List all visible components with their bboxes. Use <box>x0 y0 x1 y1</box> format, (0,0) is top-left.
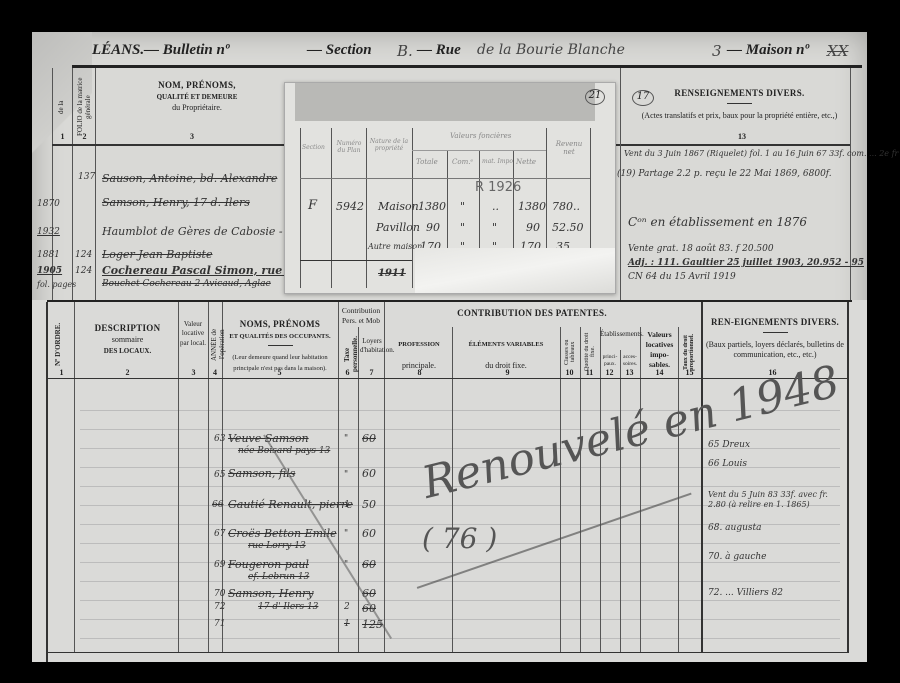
col-number: 13 <box>622 368 637 377</box>
bottom-rule <box>46 652 849 653</box>
col-line <box>208 302 209 652</box>
col1-header: de la <box>57 82 65 132</box>
remark-entry: 65 Dreux <box>708 440 750 450</box>
card-nature: Maison <box>378 200 419 213</box>
occupant-sub: ef. Lebrun 13 <box>248 572 309 582</box>
card-revenu: 780.. <box>552 200 580 213</box>
owner-year: 1881 <box>37 250 60 260</box>
owner-name: Haumblot de Gères de Cabosie - Mat <box>102 225 308 238</box>
occupant-year: 71 <box>214 619 225 629</box>
col-number: 1 <box>55 132 70 141</box>
header-totale: Totale <box>416 158 438 166</box>
remark-entry: Vente grat. 18 août 83. f 20.500 <box>628 244 774 254</box>
header-line: PROFESSION <box>398 341 440 348</box>
owner-name: Sauson, Antoine, bd. Alexandre <box>102 172 277 185</box>
col-number: 9 <box>500 368 515 377</box>
col-number: 6 <box>340 368 355 377</box>
remark-entry: Cᵒⁿ en établissement en 1876 <box>628 215 807 229</box>
row-line <box>300 178 590 179</box>
col2-header: FOLIO de la matrice générale <box>76 77 92 137</box>
header-line: REN-EIGNEMENTS DIVERS. <box>711 317 839 327</box>
occupant-name: Fougeron paul <box>228 558 309 571</box>
col-line <box>331 128 332 288</box>
col-line <box>620 350 621 652</box>
header-valeurs-imposables: Valeurs locatives impo-sables. <box>642 330 677 371</box>
owner-year: 1870 <box>37 199 60 209</box>
col-number: 2 <box>77 132 92 141</box>
col-line <box>74 302 75 652</box>
header-quotite: Quotité du droit fixe. <box>584 332 596 372</box>
header-line: NOM, PRÉNOMS, <box>158 80 236 90</box>
owner-folio: 124 <box>75 266 92 276</box>
card-circle-number: 21 <box>585 89 605 105</box>
occupant-name: Croës Betton Emile <box>228 527 337 540</box>
col-line <box>560 327 561 652</box>
bulletin-header: LÉANS. — Bulletin nº — Section B. — Rue … <box>32 40 867 64</box>
col-number: 1 <box>54 368 69 377</box>
col-number: 13 <box>732 132 752 141</box>
occupant-taxe: " <box>344 529 348 539</box>
header-line: sommaire <box>112 335 144 344</box>
card-mat: " <box>492 221 497 234</box>
row-line <box>412 150 546 151</box>
occupant-taxe: " <box>344 470 348 480</box>
header-occupants: NOMS, PRÉNOMS ET QUALITÉS DES OCCUPANTS.… <box>224 318 336 374</box>
occupant-loyer: 50 <box>362 498 376 511</box>
occupant-taxe: 2 <box>344 602 350 612</box>
rue-number: 3 <box>712 42 722 60</box>
header-loyers: Loyers d'habitation. <box>360 337 384 356</box>
occupant-year: 72 <box>214 602 225 612</box>
remark-entry: 72. ... Villiers 82 <box>708 588 783 598</box>
section-label: — Section <box>307 42 372 59</box>
col-line <box>600 327 601 652</box>
header-line: NOMS, PRÉNOMS <box>240 319 320 329</box>
col-line <box>580 327 581 652</box>
header-accessoires: acces-soires. <box>620 354 640 369</box>
card-nette: 1380 <box>518 200 546 213</box>
row-line <box>300 260 412 261</box>
remark-entry: 66 Louis <box>708 459 747 469</box>
header-rule <box>72 65 862 68</box>
col-line <box>46 302 48 662</box>
remark-entry: (19) Partage 2.2 p. reçu le 22 Mai 1869,… <box>617 169 832 179</box>
header-valeur-locative: Valeur locative par local. <box>179 320 207 348</box>
col-line <box>358 327 359 652</box>
header-line: CONTRIBUTION DES PATENTES. <box>457 308 607 318</box>
owner-folio: 137 <box>78 172 95 182</box>
header-line: (Baux partiels, loyers déclarés, bulleti… <box>706 340 844 360</box>
col-number: 10 <box>562 368 577 377</box>
occupant-taxe: " <box>344 434 348 444</box>
occupant-year: 65 <box>214 470 225 480</box>
header-order-number: Nº D'ORDRE. <box>54 317 62 372</box>
occupant-year: 67 <box>214 529 225 539</box>
occupant-year: 70 <box>214 589 225 599</box>
occupant-sub: rue Lorry 13 <box>248 541 306 551</box>
pasted-valuation-card: 21 Section Numéro du Plan Nature de la p… <box>284 82 616 294</box>
date-stamp: R 1926 <box>475 180 521 195</box>
owner-name: Samson, Henry, 17 d. Ilers <box>102 196 250 209</box>
occupant-loyer: 60 <box>362 558 376 571</box>
remark-entry: Adj. : 111. Gaultier 25 juillet 1903, 20… <box>628 258 864 268</box>
col-line <box>338 302 339 652</box>
header-mat: mat. Impo <box>482 158 513 165</box>
card-com: " <box>460 221 465 234</box>
header-principaux: princi-paux. <box>600 354 620 369</box>
occupant-name: Gautié Renault, pierre <box>228 498 353 511</box>
col-number: 12 <box>602 368 617 377</box>
card-nature: Pavillon <box>376 221 420 234</box>
header-classes: Classes ou tableaux <box>564 332 576 372</box>
remark-entry: Vent du 5 Juin 83 33f. avec fr. 2.80 (à … <box>708 490 838 509</box>
col-line <box>384 302 385 652</box>
col-number: 8 <box>412 368 427 377</box>
header-renseignements: REN-EIGNEMENTS DIVERS. (Baux partiels, l… <box>704 316 846 361</box>
occupant-taxe: 1 <box>344 500 350 510</box>
header-elements: ÉLÉMENTS VARIABLES du droit fixe. <box>454 339 558 371</box>
tape-strip <box>295 83 595 121</box>
renseignements-header: RENSEIGNEMENTS DIVERS. (Actes translatif… <box>632 87 847 121</box>
card-revenu: 52.50 <box>552 221 584 234</box>
col-number: 3 <box>182 132 202 141</box>
occupant-name: Samson, Henry <box>228 587 314 600</box>
owner-name-header: NOM, PRÉNOMS, QUALITÉ ET DEMEURE du Prop… <box>112 79 282 113</box>
occupant-loyer: 60 <box>362 432 376 445</box>
col-line <box>178 302 179 652</box>
header-nature: Nature de la propriété <box>368 138 410 152</box>
col-number: 3 <box>186 368 201 377</box>
col-number: 14 <box>652 368 667 377</box>
owner-year: fol. pages <box>37 280 76 289</box>
header-contribution-group: Contribution Pers. et Mob <box>338 306 384 326</box>
rue-label: — Rue <box>417 42 461 59</box>
header-title: RENSEIGNEMENTS DIVERS. <box>674 88 804 98</box>
header-line: ÉLÉMENTS VARIABLES <box>469 341 544 348</box>
header-line: du Propriétaire. <box>172 103 222 112</box>
owner-name: Loger Jean Baptiste <box>102 248 213 261</box>
header-com: Com.ᵉ <box>452 158 473 166</box>
header-line: QUALITÉ ET DEMEURE <box>157 93 238 101</box>
remark-entry: CN 64 du 15 Avril 1919 <box>628 272 736 282</box>
col-number: 2 <box>120 368 135 377</box>
card-com: " <box>460 200 465 213</box>
header-line: ET QUALITÉS DES OCCUPANTS. <box>229 333 330 340</box>
card-plan: 5942 <box>336 200 364 213</box>
col-number: 7 <box>364 368 379 377</box>
card-nette: 90 <box>526 221 540 234</box>
maison-value: XX <box>827 42 848 60</box>
col-line <box>95 68 96 300</box>
col-number: 4 <box>208 368 222 377</box>
census-bulletin-page: LÉANS. — Bulletin nº — Section B. — Rue … <box>32 32 867 662</box>
card-mat: .. <box>492 200 499 213</box>
header-patentes: CONTRIBUTION DES PATENTES. <box>432 307 632 320</box>
occupant-sub: née Boisard pays 13 <box>238 446 330 456</box>
owner-year: 1905 <box>37 266 62 276</box>
header-nette: Nette <box>516 158 536 166</box>
col-line <box>366 128 367 288</box>
col-number: 5 <box>272 368 287 377</box>
occupant-loyer: 60 <box>362 527 376 540</box>
section-rule <box>47 300 852 302</box>
owner-year: 1932 <box>37 227 60 237</box>
occupant-year: 63 <box>214 434 225 444</box>
city-fragment: LÉANS. <box>92 42 144 59</box>
owner-name: Bouchet Cochereau 2 Avicaud, Aglae <box>102 279 271 289</box>
header-plan: Numéro du Plan <box>334 140 364 154</box>
col-line <box>300 128 301 288</box>
header-section: Section <box>302 144 325 151</box>
header-description: DESCRIPTION sommaire DES LOCAUX. <box>80 322 175 356</box>
card-fold <box>415 248 615 293</box>
header-valeurs: Valeurs foncières <box>450 132 511 140</box>
rue-value: de la Bourie Blanche <box>477 42 625 58</box>
col-number: 11 <box>582 368 597 377</box>
col-line <box>640 327 641 652</box>
header-revenu: Revenu net <box>550 140 588 156</box>
header-line: DES LOCAUX. <box>104 347 151 355</box>
col-line <box>678 327 679 652</box>
col-line <box>847 302 849 652</box>
card-footer-year: 1911 <box>378 268 406 279</box>
header-bottom-rule <box>46 378 849 379</box>
header-subtitle: (Actes translatifs et prix, baux pour la… <box>642 111 838 120</box>
occupant-taxe: 1 <box>344 619 350 629</box>
col-number: 15 <box>682 368 697 377</box>
header-profession: PROFESSION principale. <box>387 339 451 371</box>
occupant-year: 69 <box>214 560 225 570</box>
col-line <box>620 68 621 300</box>
card-section: F <box>308 198 317 213</box>
maison-label: — Maison nº <box>727 42 809 59</box>
header-etablissements: Établissements. <box>600 330 640 339</box>
header-line: DESCRIPTION <box>95 323 161 333</box>
pencil-sub-annotation: ( 76 ) <box>422 522 497 555</box>
occupant-loyer: 60 <box>362 467 376 480</box>
col-line <box>701 302 703 652</box>
card-totale: 1380 <box>418 200 446 213</box>
remark-entry: 70. à gauche <box>708 552 767 562</box>
occupant-sub: 17 d' Ilers 13 <box>258 602 318 612</box>
occupant-year: 66 <box>212 500 223 510</box>
section-value: B. <box>397 42 413 60</box>
remark-entry: Vent du 3 Juin 1867 (Riquelet) fol. 1 au… <box>624 149 898 158</box>
col-line <box>72 68 73 300</box>
header-taxe: Taxe personnelle. <box>343 337 359 372</box>
remark-entry: 68. augusta <box>708 523 762 533</box>
bulletin-label: — Bulletin nº <box>144 42 229 59</box>
card-totale: 90 <box>426 221 440 234</box>
owner-folio: 124 <box>75 250 92 260</box>
